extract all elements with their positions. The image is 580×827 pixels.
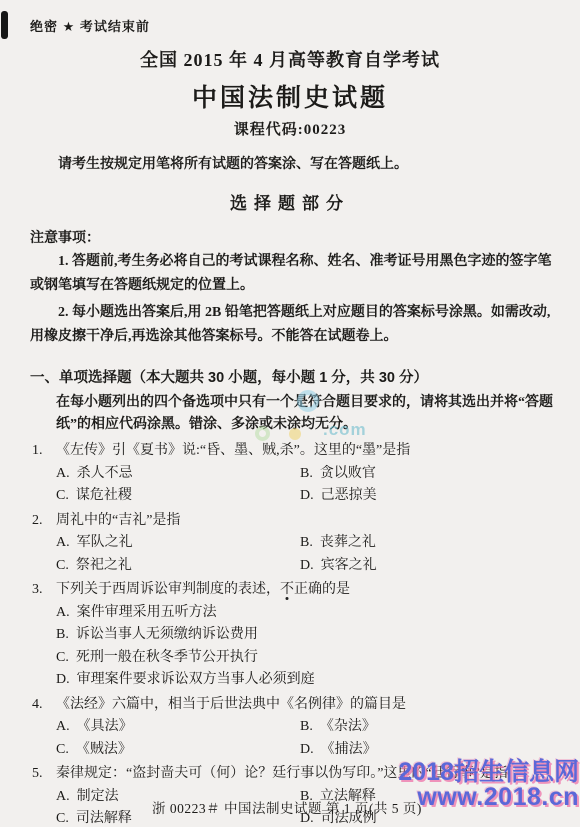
option-text: 死刑一般在秋冬季节公开执行 (76, 647, 258, 670)
question-number: 2. (32, 510, 56, 533)
option-item: B.诉讼当事人无须缴纳诉讼费用 (56, 624, 554, 647)
question-stem: 《左传》引《夏书》说:“昏、墨、贼,杀”。这里的“墨”是指 (56, 440, 554, 463)
stem-segment: 周礼中的“吉礼”是指 (56, 513, 180, 528)
option-item: C.谋危社稷 (56, 485, 300, 508)
option-key: C. (56, 485, 69, 508)
question-stem-row: 2. 周礼中的“吉礼”是指 (32, 510, 554, 533)
option-text: 宾客之礼 (321, 555, 377, 578)
question-stem-row: 4. 《法经》六篇中，相当于后世法典中《名例律》的篇目是 (32, 694, 554, 717)
option-item: B.丧葬之礼 (300, 532, 554, 555)
option-text: 祭祀之礼 (76, 555, 132, 578)
option-item: B.贪以败官 (300, 463, 554, 486)
option-item: C.《贼法》 (56, 739, 300, 762)
page-footer: 浙 00223＃ 中国法制史试题 第 1 页(共 5 页) (152, 797, 422, 817)
option-key: D. (56, 669, 70, 692)
note-item: 1. 答题前,考生务必将自己的考试课程名称、姓名、准考证号用黑色字迹的签字笔或钢… (30, 250, 552, 298)
option-text: 谋危社稷 (76, 485, 132, 508)
option-text: 《贼法》 (76, 739, 132, 762)
watermark-site-url: www.2018.cn (398, 785, 579, 810)
option-item: D.审理案件要求诉讼双方当事人必须到庭 (56, 669, 554, 692)
site-watermark: 2018招生信息网 www.2018.cn (398, 760, 579, 810)
stem-segment: 下列关于西周诉讼审判制度的表述， (56, 582, 280, 597)
exam-paper-page: 绝密 ★ 考试结束前 全国 2015 年 4 月高等教育自学考试 中国法制史试题… (0, 0, 580, 827)
course-code: 课程代码:00223 (0, 118, 580, 139)
scan-artifact (1, 11, 8, 39)
option-key: A. (56, 716, 70, 739)
options: A.《具法》B.《杂法》C.《贼法》D.《捕法》 (56, 716, 554, 761)
question-number: 5. (32, 763, 56, 786)
option-key: A. (56, 532, 70, 555)
question-block: 3. 下列关于西周诉讼审判制度的表述，不正确的是 A.案件审理采用五听方法B.诉… (32, 579, 554, 692)
section-title: 选择题部分 (0, 189, 580, 214)
question-block: 1. 《左传》引《夏书》说:“昏、墨、贼,杀”。这里的“墨”是指 A.杀人不忌B… (32, 440, 554, 508)
question-number: 3. (32, 579, 56, 602)
option-text: 己恶掠美 (321, 485, 377, 508)
stem-segment: 不 (280, 582, 294, 597)
option-text: 杀人不忌 (77, 463, 133, 486)
option-key: A. (56, 786, 70, 809)
option-key: D. (300, 485, 314, 508)
option-text: 《捕法》 (321, 739, 377, 762)
question-block: 4. 《法经》六篇中，相当于后世法典中《名例律》的篇目是 A.《具法》B.《杂法… (32, 694, 554, 762)
stem-segment: 正确的是 (294, 582, 350, 597)
option-text: 诉讼当事人无须缴纳诉讼费用 (76, 624, 258, 647)
option-item: C.祭祀之礼 (56, 555, 300, 578)
option-key: A. (56, 463, 70, 486)
question-stem: 下列关于西周诉讼审判制度的表述，不正确的是 (56, 579, 554, 602)
part-intro: 在每小题列出的四个备选项中只有一个是符合题目要求的，请将其选出并将“答题纸”的相… (56, 392, 554, 436)
question-stem: 《法经》六篇中，相当于后世法典中《名例律》的篇目是 (56, 694, 554, 717)
option-key: C. (56, 739, 69, 762)
question-block: 2. 周礼中的“吉礼”是指 A.军队之礼B.丧葬之礼C.祭祀之礼D.宾客之礼 (32, 510, 554, 578)
stem-segment: 《左传》引《夏书》说:“昏、墨、贼,杀”。这里的“墨”是指 (56, 443, 410, 458)
option-text: 司法解释 (76, 808, 132, 827)
question-stem-row: 3. 下列关于西周诉讼审判制度的表述，不正确的是 (32, 579, 554, 602)
option-key: B. (300, 716, 313, 739)
option-item: A.杀人不忌 (56, 463, 300, 486)
stem-segment: 《法经》六篇中，相当于后世法典中《名例律》的篇目是 (56, 697, 406, 712)
exam-session-title: 全国 2015 年 4 月高等教育自学考试 (0, 46, 580, 72)
question-stem-row: 1. 《左传》引《夏书》说:“昏、墨、贼,杀”。这里的“墨”是指 (32, 440, 554, 463)
option-text: 《具法》 (77, 716, 133, 739)
question-number: 4. (32, 694, 56, 717)
option-key: D. (300, 555, 314, 578)
option-key: B. (300, 532, 313, 555)
option-key: C. (56, 808, 69, 827)
option-item: D.己恶掠美 (300, 485, 554, 508)
option-text: 《杂法》 (320, 716, 376, 739)
option-key: B. (56, 624, 69, 647)
option-item: D.宾客之礼 (300, 555, 554, 578)
part-heading: 一、单项选择题（本大题共 30 小题，每小题 1 分，共 30 分） (30, 366, 552, 387)
options: A.军队之礼B.丧葬之礼C.祭祀之礼D.宾客之礼 (56, 532, 554, 577)
paper-title: 中国法制史试题 (0, 78, 580, 114)
notes-heading: 注意事项： (30, 227, 580, 247)
option-item: A.军队之礼 (56, 532, 300, 555)
note-item: 2. 每小题选出答案后,用 2B 铅笔把答题纸上对应题目的答案标号涂黑。如需改动… (30, 301, 552, 349)
notice-line: 请考生按规定用笔将所有试题的答案涂、写在答题纸上。 (30, 154, 552, 176)
question-stem: 周礼中的“吉礼”是指 (56, 510, 554, 533)
option-text: 制定法 (77, 786, 119, 809)
classification-label: 绝密 ★ 考试结束前 (30, 0, 580, 35)
options: A.杀人不忌B.贪以败官C.谋危社稷D.己恶掠美 (56, 463, 554, 508)
option-item: B.《杂法》 (300, 716, 554, 739)
option-text: 贪以败官 (320, 463, 376, 486)
option-key: C. (56, 555, 69, 578)
option-key: A. (56, 602, 70, 625)
option-text: 军队之礼 (77, 532, 133, 555)
option-item: A.《具法》 (56, 716, 300, 739)
option-item: A.案件审理采用五听方法 (56, 602, 554, 625)
option-key: D. (300, 739, 314, 762)
option-text: 审理案件要求诉讼双方当事人必须到庭 (77, 669, 315, 692)
option-text: 案件审理采用五听方法 (77, 602, 217, 625)
options: A.案件审理采用五听方法B.诉讼当事人无须缴纳诉讼费用C.死刑一般在秋冬季节公开… (56, 602, 554, 692)
option-key: B. (300, 463, 313, 486)
option-key: C. (56, 647, 69, 670)
watermark-site-name: 2018招生信息网 (398, 760, 579, 785)
option-text: 丧葬之礼 (320, 532, 376, 555)
option-item: C.死刑一般在秋冬季节公开执行 (56, 647, 554, 670)
question-number: 1. (32, 440, 56, 463)
